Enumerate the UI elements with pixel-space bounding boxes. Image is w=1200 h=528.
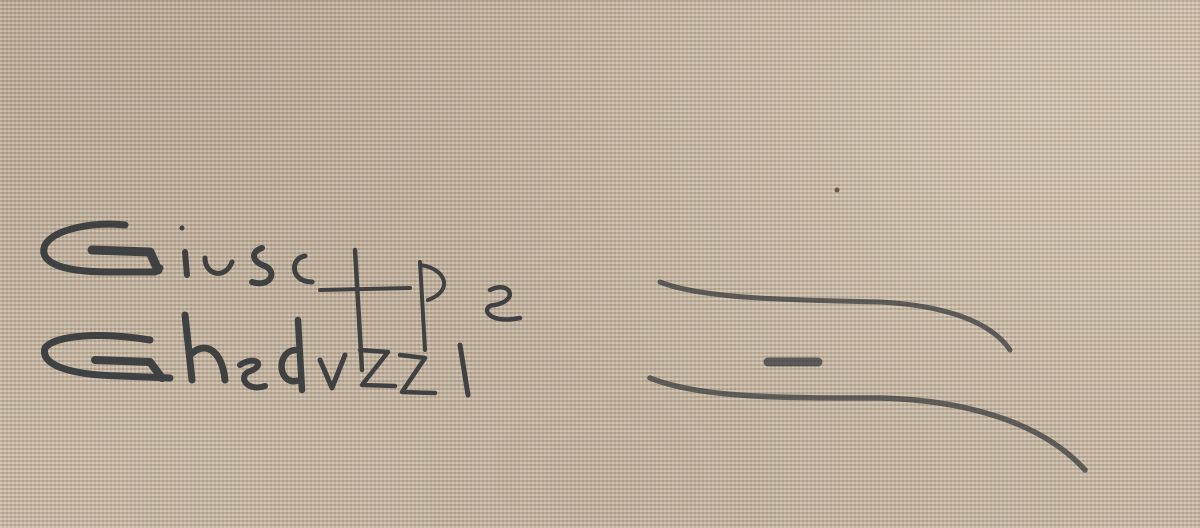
canvas-speck xyxy=(835,188,840,193)
canvas-photo: Giuseppe Ghedvzzi xyxy=(0,0,1200,528)
signature-strokes xyxy=(0,0,1200,528)
